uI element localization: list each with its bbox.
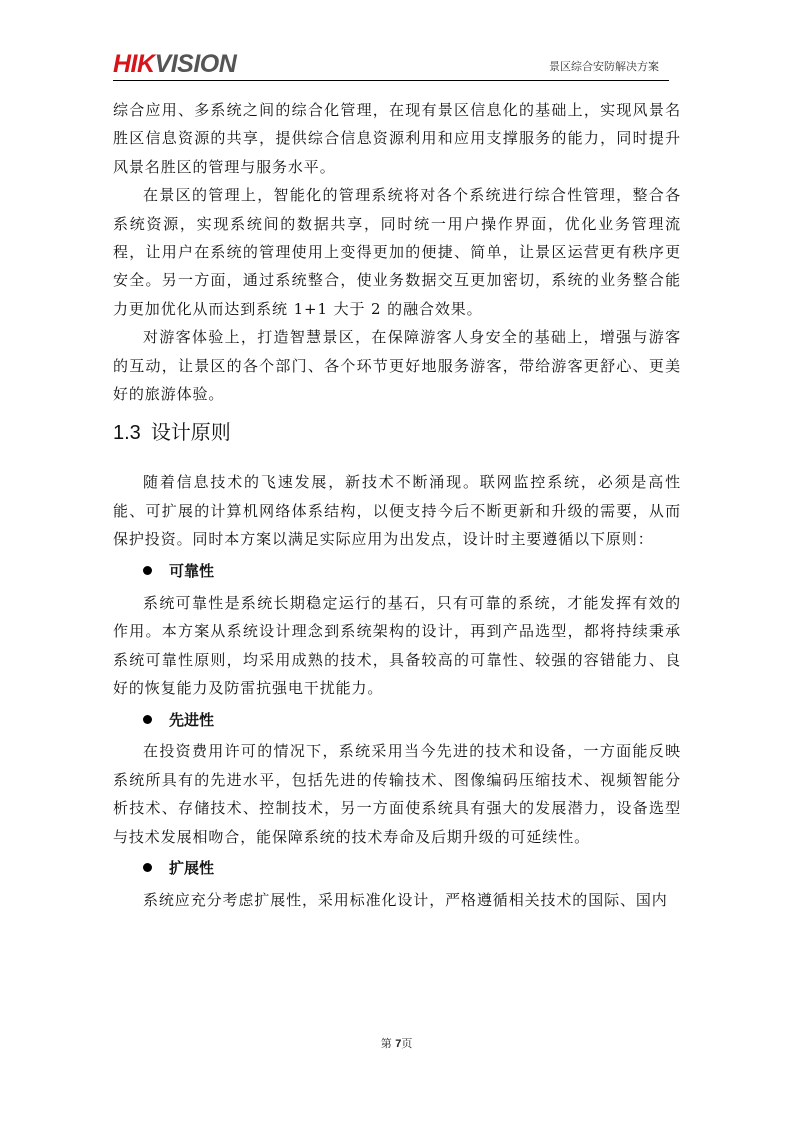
logo-vision: VISION bbox=[155, 50, 237, 78]
bullet-label: 先进性 bbox=[169, 709, 214, 730]
page-footer: 第 7页 bbox=[0, 1035, 793, 1051]
paragraph-reliability: 系统可靠性是系统长期稳定运行的基石，只有可靠的系统，才能发挥有效的作用。本方案从… bbox=[113, 589, 681, 703]
bullet-dot-icon bbox=[143, 715, 152, 724]
bullet-label: 扩展性 bbox=[169, 857, 214, 878]
bullet-dot-icon bbox=[143, 863, 152, 872]
page-prefix: 第 bbox=[381, 1037, 392, 1050]
section-number: 1.3 bbox=[113, 422, 141, 444]
paragraph-intro-continued: 综合应用、多系统之间的综合化管理，在现有景区信息化的基础上，实现风景名胜区信息资… bbox=[113, 96, 681, 181]
paragraph-scalability: 系统应充分考虑扩展性，采用标准化设计，严格遵循相关技术的国际、国内 bbox=[113, 886, 681, 914]
bullet-reliability: 可靠性 bbox=[113, 556, 681, 586]
bullet-label: 可靠性 bbox=[169, 560, 214, 581]
hikvision-logo: HIKVISION bbox=[113, 51, 236, 77]
logo-hik: HIK bbox=[113, 50, 155, 78]
bullet-scalability: 扩展性 bbox=[113, 853, 681, 883]
page-header: HIKVISION 景区综合安防解决方案 bbox=[113, 48, 669, 82]
section-heading: 1.3设计原则 bbox=[113, 418, 681, 448]
bullet-dot-icon bbox=[143, 566, 152, 575]
document-title: 景区综合安防解决方案 bbox=[549, 58, 659, 74]
paragraph-advancement: 在投资费用许可的情况下，系统采用当今先进的技术和设备，一方面能反映系统所具有的先… bbox=[113, 737, 681, 851]
bullet-advancement: 先进性 bbox=[113, 704, 681, 734]
page-suffix: 页 bbox=[401, 1037, 412, 1050]
paragraph-management: 在景区的管理上，智能化的管理系统将对各个系统进行综合性管理，整合各系统资源，实现… bbox=[113, 181, 681, 323]
paragraph-visitor-experience: 对游客体验上，打造智慧景区，在保障游客人身安全的基础上，增强与游客的互动，让景区… bbox=[113, 323, 681, 408]
page-content: 综合应用、多系统之间的综合化管理，在现有景区信息化的基础上，实现风景名胜区信息资… bbox=[113, 96, 681, 914]
section-title: 设计原则 bbox=[151, 422, 231, 444]
header-divider bbox=[113, 80, 669, 81]
paragraph-section-intro: 随着信息技术的飞速发展，新技术不断涌现。联网监控系统，必须是高性能、可扩展的计算… bbox=[113, 468, 681, 553]
